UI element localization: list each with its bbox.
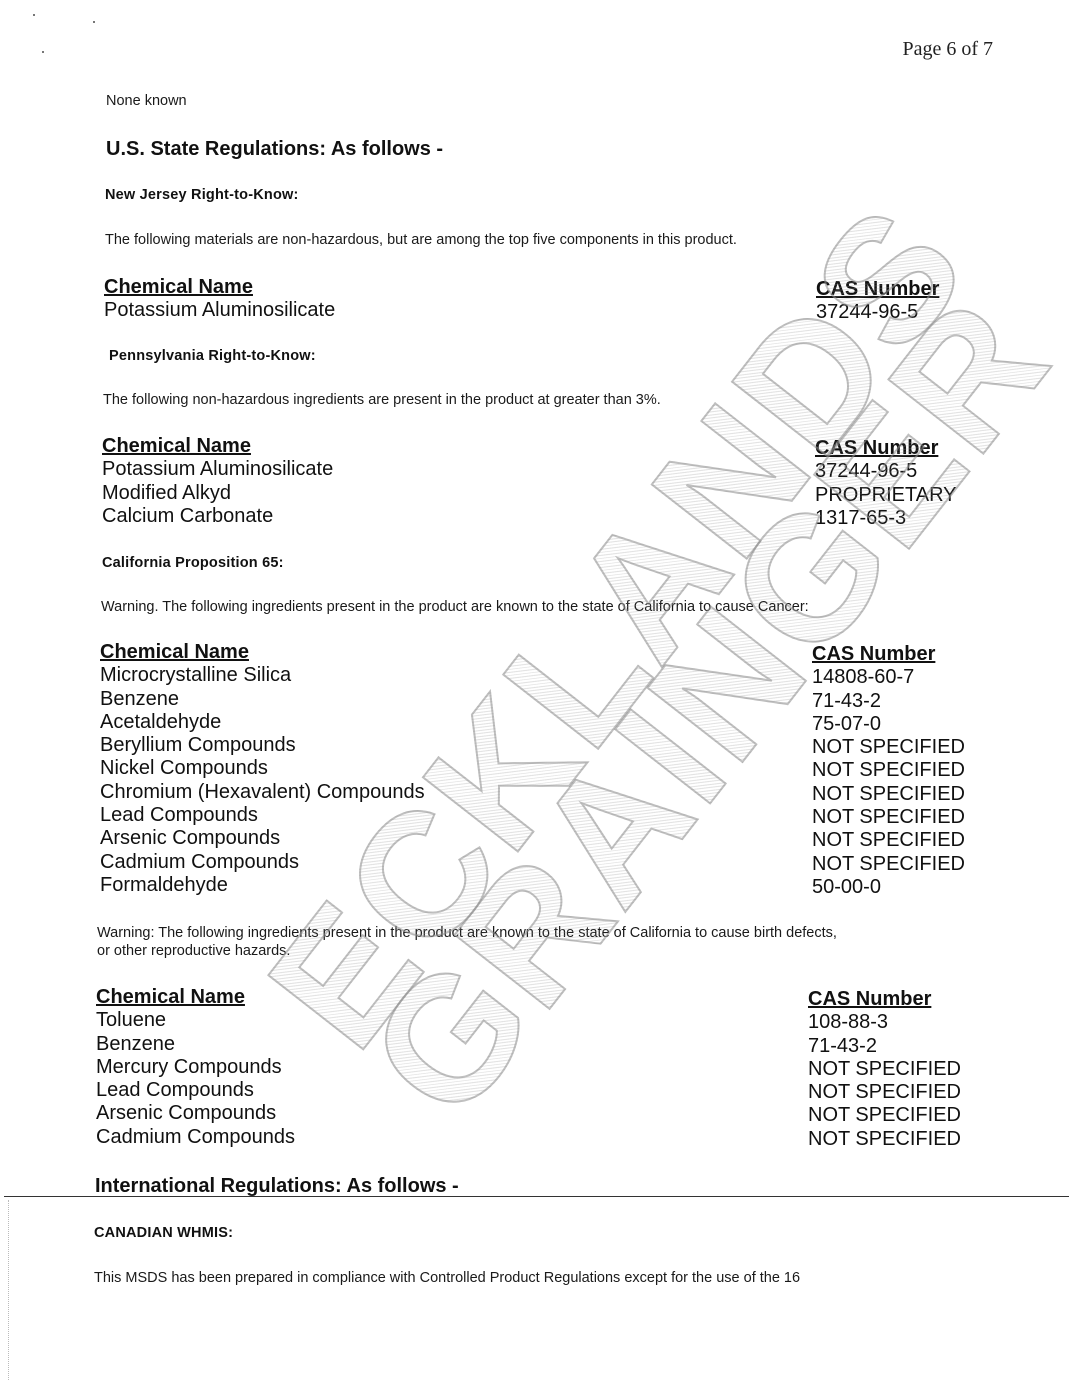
california-repro-chemical-names: Chemical Name TolueneBenzeneMercury Comp… <box>96 986 295 1149</box>
new-jersey-cas-numbers: CAS Number 37244-96-5 <box>816 278 939 325</box>
canadian-whmis-title: CANADIAN WHMIS: <box>94 1225 233 1241</box>
california-repro-cas-numbers: CAS Number 108-88-371-43-2NOT SPECIFIEDN… <box>808 988 961 1151</box>
canadian-whmis-text: This MSDS has been prepared in complianc… <box>94 1270 800 1286</box>
table-cell-cas: 1317-65-3 <box>815 507 957 530</box>
table-cell-cas: NOT SPECIFIED <box>812 806 965 829</box>
table-row: Formaldehyde <box>100 874 425 897</box>
scan-margin-artifact <box>8 1200 9 1380</box>
new-jersey-chemical-names: Chemical Name Potassium Aluminosilicate <box>104 276 335 323</box>
table-cell-cas: 37244-96-5 <box>816 301 939 324</box>
international-regulations-heading: International Regulations: As follows - <box>95 1175 459 1198</box>
new-jersey-description: The following materials are non-hazardou… <box>105 232 737 248</box>
table-cell-cas: 14808-60-7 <box>812 666 965 689</box>
table-row: Arsenic Compounds <box>100 827 425 850</box>
table-cell-cas: NOT SPECIFIED <box>812 783 965 806</box>
table-cell-cas: NOT SPECIFIED <box>808 1081 961 1104</box>
table-cell-cas: PROPRIETARY <box>815 484 957 507</box>
page-number: Page 6 of 7 <box>902 38 993 61</box>
table-row: Microcrystalline Silica <box>100 664 425 687</box>
table-row: Beryllium Compounds <box>100 734 425 757</box>
pennsylvania-cas-numbers: CAS Number 37244-96-5 PROPRIETARY 1317-6… <box>815 437 957 530</box>
table-cell-cas: NOT SPECIFIED <box>812 736 965 759</box>
table-row: Potassium Aluminosilicate <box>104 299 335 322</box>
table-cell-cas: NOT SPECIFIED <box>808 1058 961 1081</box>
column-header-chemical-name: Chemical Name <box>96 986 295 1009</box>
column-header-cas-number: CAS Number <box>816 278 939 301</box>
table-row: Calcium Carbonate <box>102 505 333 528</box>
us-state-regulations-heading: U.S. State Regulations: As follows - <box>106 138 443 161</box>
table-row: Chromium (Hexavalent) Compounds <box>100 781 425 804</box>
table-row: Lead Compounds <box>100 804 425 827</box>
table-row: Cadmium Compounds <box>100 851 425 874</box>
table-row: Benzene <box>100 688 425 711</box>
table-row: Mercury Compounds <box>96 1056 295 1079</box>
table-cell-cas: NOT SPECIFIED <box>812 759 965 782</box>
california-repro-warning-line2: or other reproductive hazards. <box>97 943 290 959</box>
pennsylvania-description: The following non-hazardous ingredients … <box>103 392 661 408</box>
table-cell-cas: NOT SPECIFIED <box>808 1128 961 1151</box>
table-cell-cas: NOT SPECIFIED <box>812 829 965 852</box>
table-cell-cas: 37244-96-5 <box>815 460 957 483</box>
california-repro-warning-line1: Warning: The following ingredients prese… <box>97 925 837 941</box>
column-header-cas-number: CAS Number <box>808 988 961 1011</box>
table-row: Lead Compounds <box>96 1079 295 1102</box>
scan-speck <box>93 21 95 23</box>
table-cell-cas: 71-43-2 <box>808 1035 961 1058</box>
intro-text: None known <box>106 93 187 109</box>
table-row: Cadmium Compounds <box>96 1126 295 1149</box>
table-cell-cas: 108-88-3 <box>808 1011 961 1034</box>
pennsylvania-title: Pennsylvania Right-to-Know: <box>109 348 316 364</box>
column-header-chemical-name: Chemical Name <box>100 641 425 664</box>
california-cancer-chemical-names: Chemical Name Microcrystalline SilicaBen… <box>100 641 425 897</box>
table-row: Acetaldehyde <box>100 711 425 734</box>
column-header-chemical-name: Chemical Name <box>102 435 333 458</box>
california-cancer-cas-numbers: CAS Number 14808-60-771-43-275-07-0NOT S… <box>812 643 965 899</box>
pennsylvania-chemical-names: Chemical Name Potassium Aluminosilicate … <box>102 435 333 528</box>
section-divider <box>4 1196 1069 1197</box>
table-row: Benzene <box>96 1033 295 1056</box>
column-header-cas-number: CAS Number <box>815 437 957 460</box>
table-row: Toluene <box>96 1009 295 1032</box>
scan-speck <box>33 14 35 16</box>
column-header-cas-number: CAS Number <box>812 643 965 666</box>
table-cell-cas: NOT SPECIFIED <box>812 853 965 876</box>
new-jersey-title: New Jersey Right-to-Know: <box>105 187 299 203</box>
table-cell-cas: 50-00-0 <box>812 876 965 899</box>
table-row: Potassium Aluminosilicate <box>102 458 333 481</box>
table-row: Nickel Compounds <box>100 757 425 780</box>
column-header-chemical-name: Chemical Name <box>104 276 335 299</box>
california-cancer-warning: Warning. The following ingredients prese… <box>101 599 809 615</box>
scan-speck <box>42 51 44 53</box>
table-row: Arsenic Compounds <box>96 1102 295 1125</box>
california-prop65-title: California Proposition 65: <box>102 555 284 571</box>
table-row: Modified Alkyd <box>102 482 333 505</box>
table-cell-cas: 71-43-2 <box>812 690 965 713</box>
table-cell-cas: NOT SPECIFIED <box>808 1104 961 1127</box>
table-cell-cas: 75-07-0 <box>812 713 965 736</box>
